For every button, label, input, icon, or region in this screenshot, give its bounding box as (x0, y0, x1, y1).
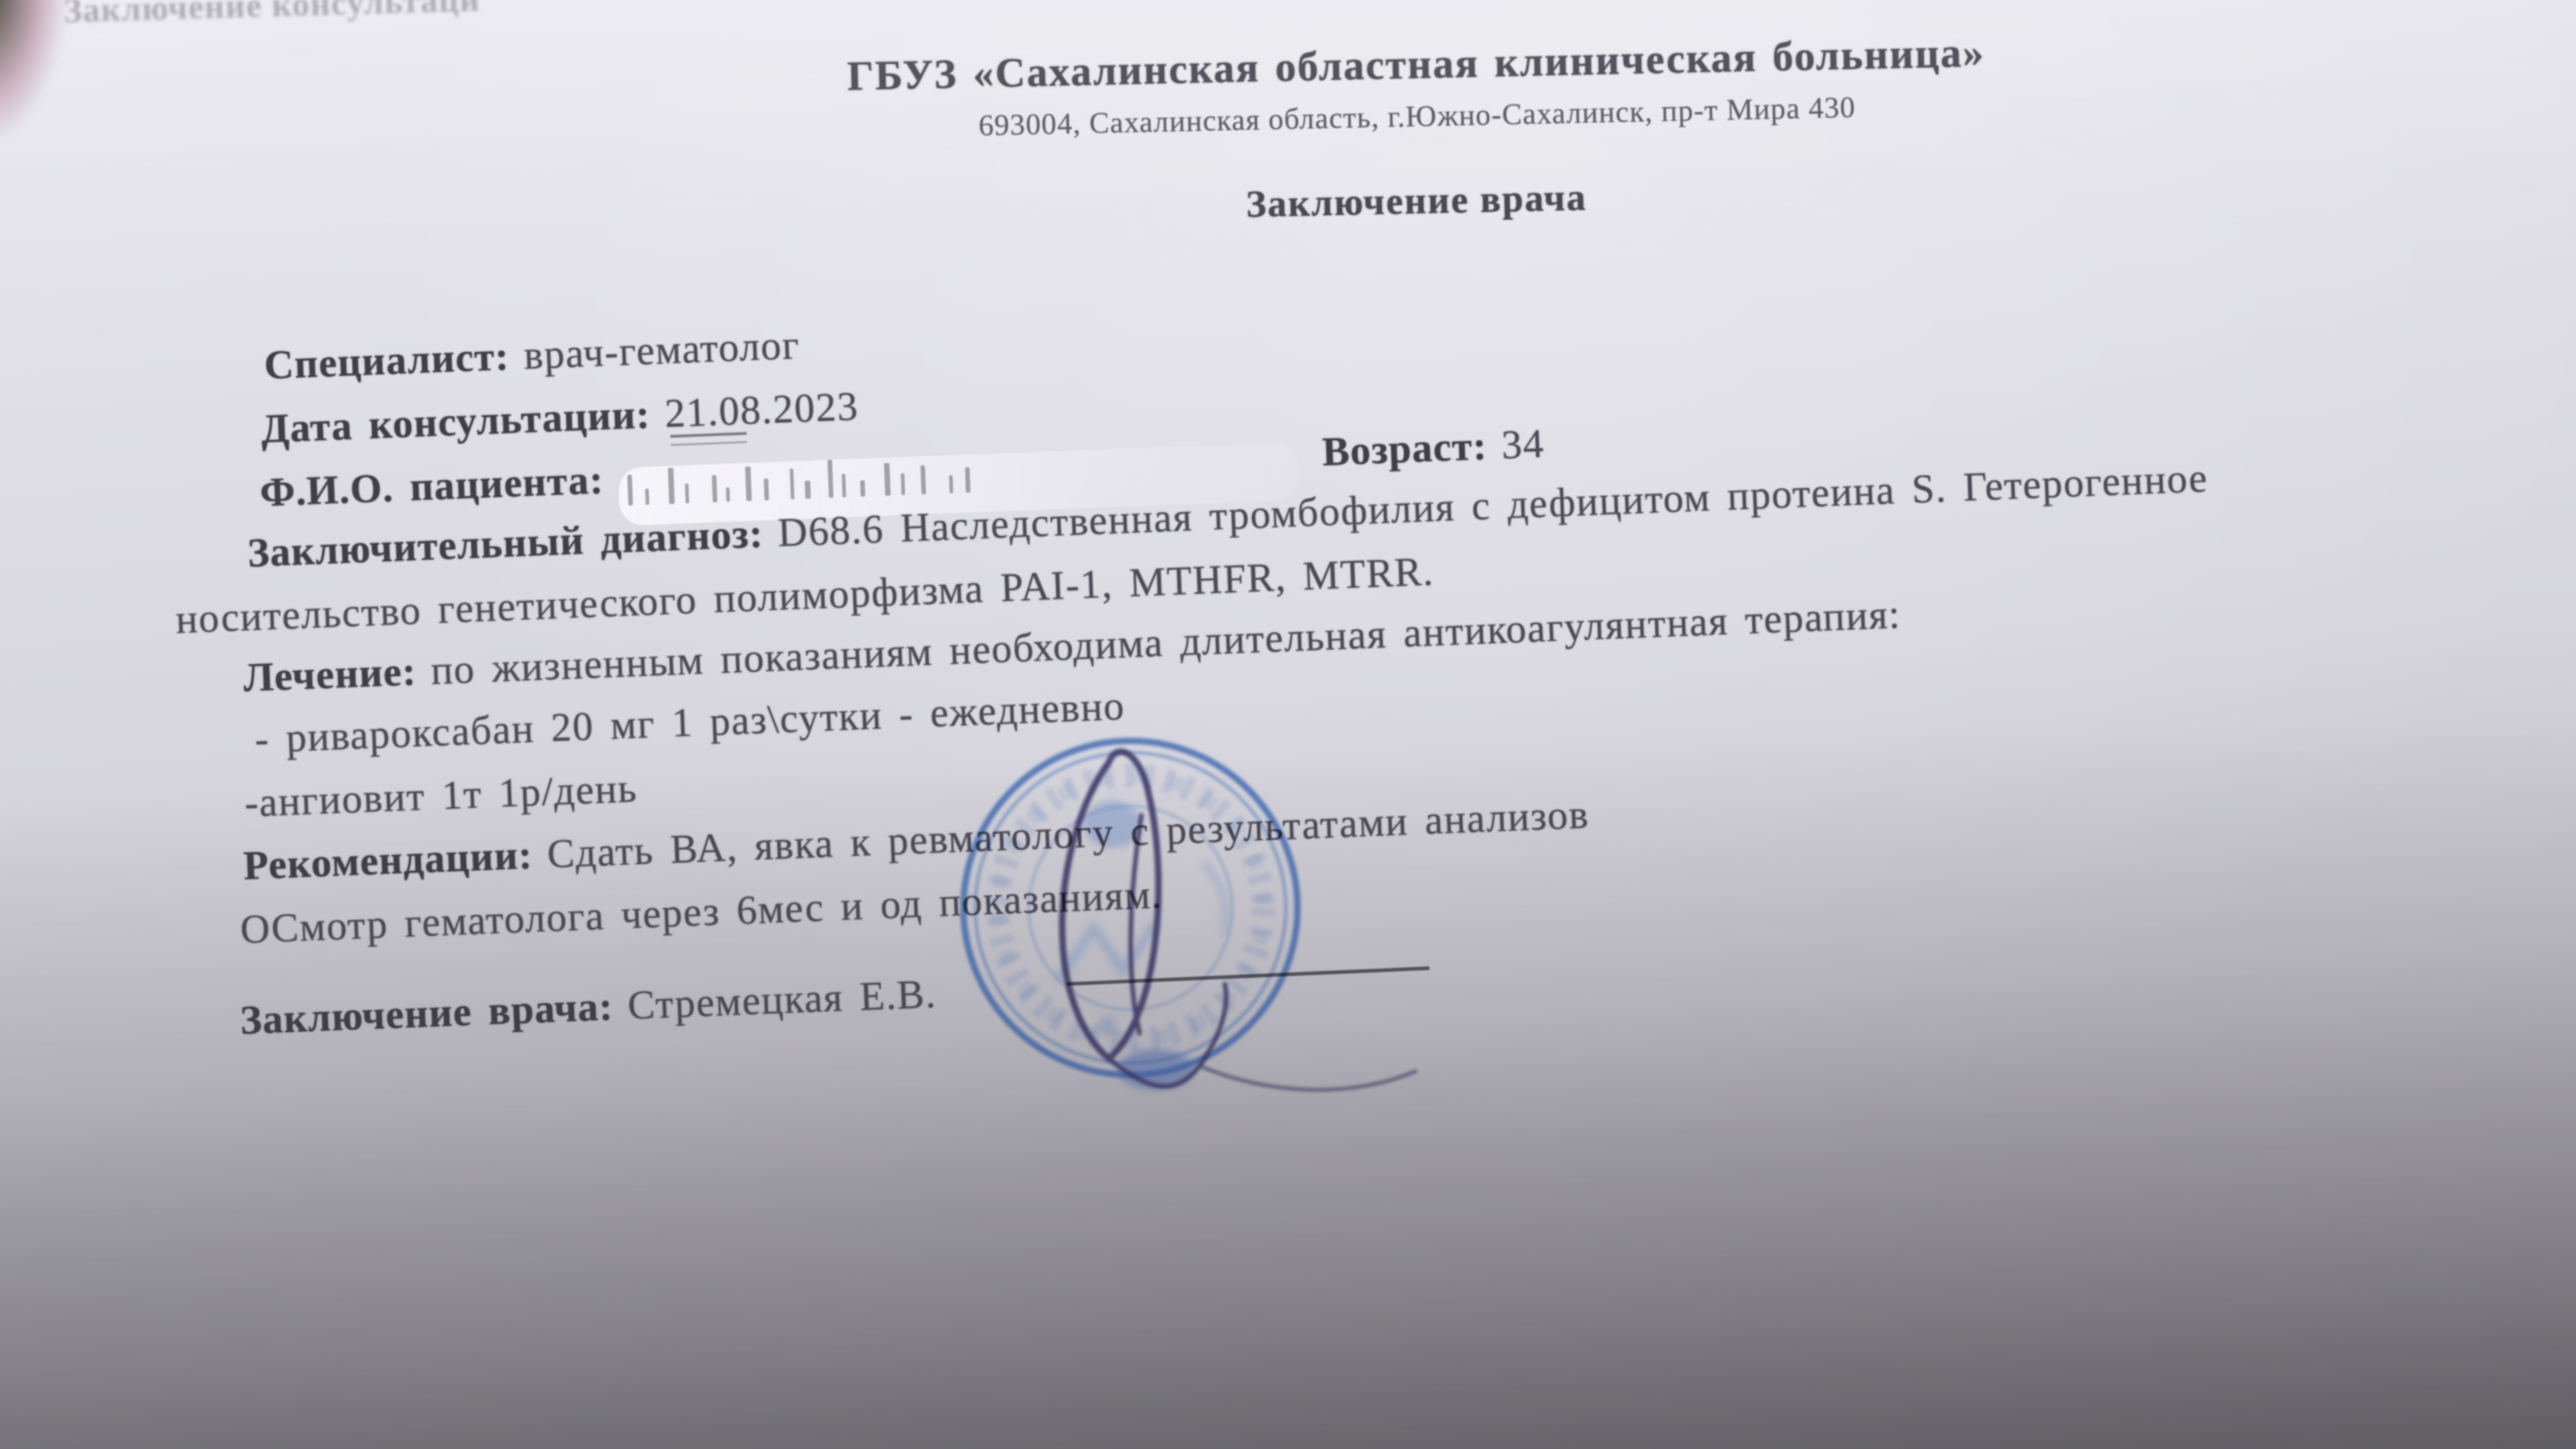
specialist-label: Специалист: (263, 333, 510, 388)
treatment-item-2: -ангиовит 1т 1р/день (243, 764, 637, 827)
patient-label: Ф.И.О. пациента: (259, 457, 604, 516)
date-underline (670, 432, 746, 446)
specialist-line: Специалист:врач-гематолог (263, 321, 801, 389)
photographed-medical-document: Заключение консультаци ГБУЗ «Сахалинская… (0, 0, 2576, 1449)
bleed-through-text: Заключение консультаци (63, 0, 480, 31)
conclusion-label: Заключение врача: (240, 983, 615, 1043)
date-value: 21.08.2023 (664, 383, 859, 436)
specialist-value: врач-гематолог (523, 322, 801, 379)
treatment-label: Лечение: (242, 648, 417, 700)
doctor-stamp (931, 699, 1439, 1135)
document-page: Заключение консультаци ГБУЗ «Сахалинская… (0, 0, 2576, 1449)
age-value: 34 (1501, 420, 1545, 468)
conclusion-line: Заключение врача:Стремецкая Е.В. (240, 970, 938, 1043)
doctor-name: Стремецкая Е.В. (627, 971, 937, 1028)
age-label: Возраст: (1321, 423, 1487, 475)
consultation-date-line: Дата консультации:21.08.2023 (261, 382, 860, 452)
document-header: ГБУЗ «Сахалинская областная клиническая … (580, 23, 2253, 153)
recommendations-label: Рекомендации: (242, 832, 534, 888)
date-label: Дата консультации: (261, 391, 651, 451)
